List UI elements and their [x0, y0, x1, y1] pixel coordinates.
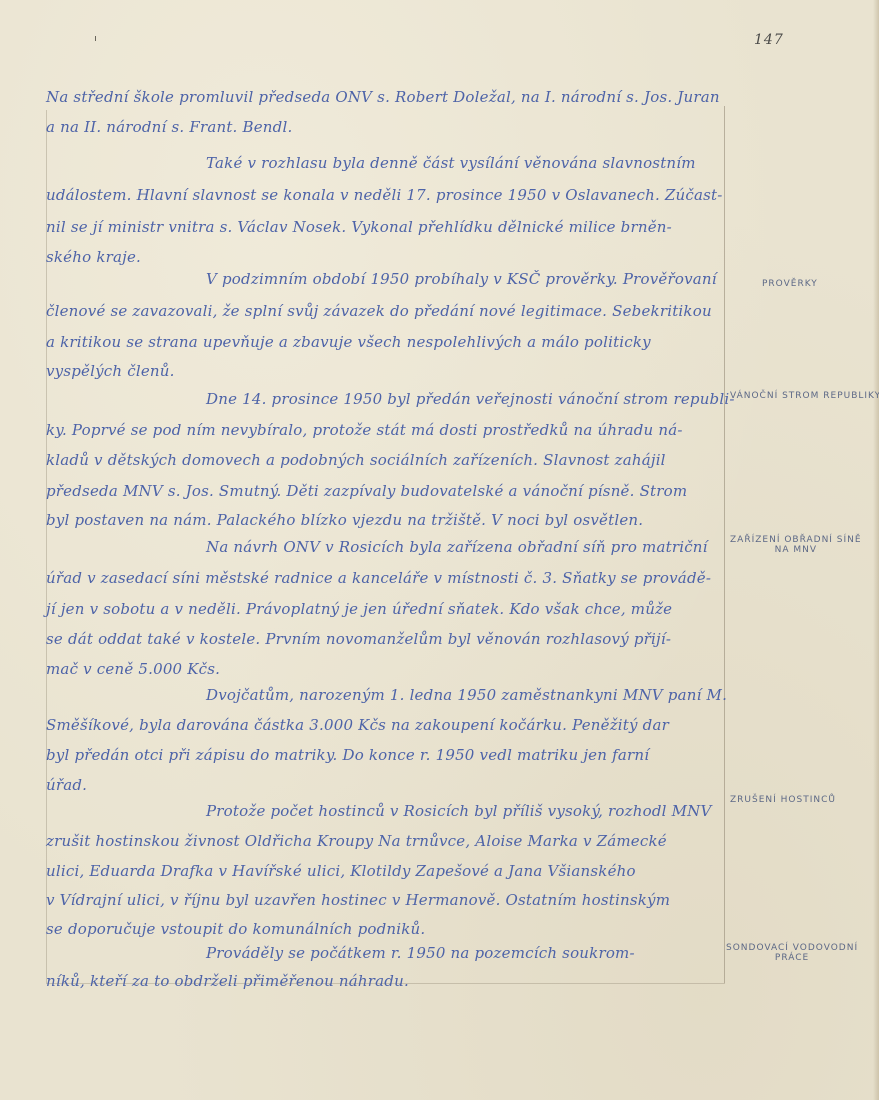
text-line: jí jen v sobotu a v neděli. Právoplatný … — [46, 600, 672, 618]
margin-divider-rule — [724, 106, 725, 983]
pencil-tick-mark — [95, 36, 96, 41]
text-line: byl předán otci při zápisu do matriky. D… — [46, 746, 649, 764]
text-line: událostem. Hlavní slavnost se konala v n… — [46, 186, 723, 204]
margin-note-hostince: Zrušení hostinců — [730, 795, 836, 805]
margin-note-line: Zařízení obřadní síně — [730, 535, 862, 545]
margin-note-line: práce — [726, 953, 858, 963]
text-line: úřad v zasedací síni městské radnice a k… — [46, 569, 711, 587]
text-line: Na návrh ONV v Rosicích byla zařízena ob… — [206, 538, 708, 556]
text-line: ky. Poprvé se pod ním nevybíralo, protož… — [46, 421, 683, 439]
text-line: V podzimním období 1950 probíhaly v KSČ … — [206, 270, 717, 288]
text-line: Prováděly se počátkem r. 1950 na pozemcí… — [206, 944, 635, 962]
text-line: ulici, Eduarda Drafka v Havířské ulici, … — [46, 862, 636, 880]
text-line: se dát oddat také v kostele. Prvním novo… — [46, 630, 671, 648]
margin-note-proverky: Prověrky — [762, 279, 818, 289]
text-line: Dne 14. prosince 1950 byl předán veřejno… — [206, 390, 735, 408]
margin-note-vodovod: Sondovací vodovodní práce — [726, 943, 858, 963]
text-line: nil se jí ministr vnitra s. Václav Nosek… — [46, 218, 672, 236]
text-line: členové se zavazovali, že splní svůj záv… — [46, 302, 712, 320]
page-edge-shadow — [873, 0, 879, 1100]
margin-note-vanocni-strom: Vánoční strom republiky — [730, 391, 879, 401]
margin-note-line: na MNV — [730, 545, 862, 555]
text-line: níků, kteří za to obdrželi přiměřenou ná… — [46, 972, 409, 990]
text-line: ského kraje. — [46, 248, 141, 266]
text-line: v Vídrajní ulici, v říjnu byl uzavřen ho… — [46, 891, 670, 909]
text-line: Také v rozhlasu byla denně část vysílání… — [206, 154, 696, 172]
text-line: byl postaven na nám. Palackého blízko vj… — [46, 511, 643, 529]
text-line: a na II. národní s. Frant. Bendl. — [46, 118, 292, 136]
text-line: Dvojčatům, narozeným 1. ledna 1950 zaměs… — [206, 686, 727, 704]
text-line: Směšíkové, byla darována částka 3.000 Kč… — [46, 716, 669, 734]
margin-note-line: Sondovací vodovodní — [726, 943, 858, 953]
text-line: mač v ceně 5.000 Kčs. — [46, 660, 220, 678]
page-number: 147 — [754, 32, 784, 48]
text-line: předseda MNV s. Jos. Smutný. Děti zazpív… — [46, 482, 687, 500]
frame-left-rule — [46, 110, 47, 983]
text-line: se doporučuje vstoupit do komunálních po… — [46, 920, 425, 938]
text-line: Protože počet hostinců v Rosicích byl př… — [206, 802, 712, 820]
text-line: kladů v dětských domovech a podobných so… — [46, 451, 666, 469]
margin-note-obradni-sin: Zařízení obřadní síně na MNV — [730, 535, 862, 555]
text-line: úřad. — [46, 776, 87, 794]
text-line: vyspělých členů. — [46, 362, 175, 380]
text-line: Na střední škole promluvil předseda ONV … — [46, 88, 720, 106]
text-line: zrušit hostinskou živnost Oldřicha Kroup… — [46, 832, 667, 850]
text-line: a kritikou se strana upevňuje a zbavuje … — [46, 333, 651, 351]
